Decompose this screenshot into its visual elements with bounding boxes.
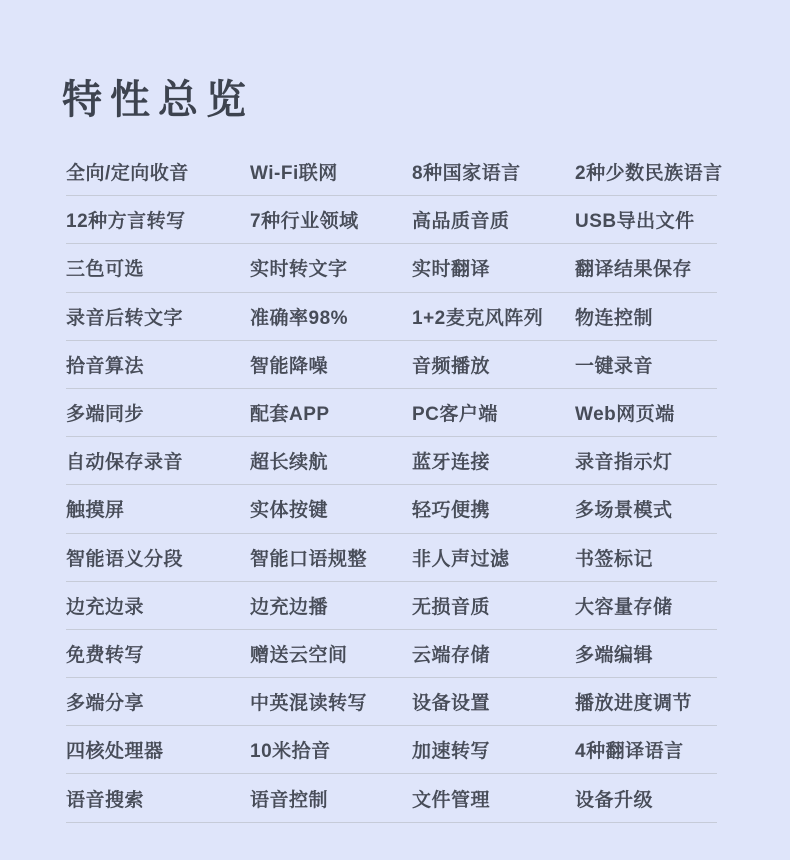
feature-item: 非人声过滤	[412, 544, 575, 571]
feature-row: 拾音算法智能降噪音频播放一键录音	[66, 341, 717, 389]
page-title: 特性总览	[62, 68, 254, 125]
feature-item: 蓝牙连接	[412, 447, 575, 474]
feature-row: 三色可选实时转文字实时翻译翻译结果保存	[66, 244, 717, 292]
feature-row: 12种方言转写7种行业领域高品质音质USB导出文件	[66, 196, 717, 244]
feature-item: 设备设置	[412, 688, 575, 715]
feature-row: 自动保存录音超长续航蓝牙连接录音指示灯	[66, 437, 717, 485]
feature-item: 无损音质	[412, 592, 575, 619]
feature-item: 书签标记	[575, 544, 717, 571]
feature-row: 多端同步配套APPPC客户端Web网页端	[66, 389, 717, 437]
feature-item: 语音控制	[250, 785, 412, 812]
feature-item: 多端分享	[66, 688, 250, 715]
feature-row: 边充边录边充边播无损音质大容量存储	[66, 582, 717, 630]
feature-item: 轻巧便携	[412, 495, 575, 522]
feature-item: 多场景模式	[575, 495, 717, 522]
feature-item: Wi-Fi联网	[250, 158, 412, 185]
feature-item: 10米拾音	[250, 736, 412, 763]
feature-item: 全向/定向收音	[66, 158, 250, 185]
feature-item: 语音搜索	[66, 785, 250, 812]
feature-item: 高品质音质	[412, 206, 575, 233]
feature-item: 多端同步	[66, 399, 250, 426]
feature-row: 录音后转文字准确率98%1+2麦克风阵列物连控制	[66, 293, 717, 341]
feature-item: 录音后转文字	[66, 303, 250, 330]
feature-item: 四核处理器	[66, 736, 250, 763]
feature-item: USB导出文件	[575, 206, 717, 233]
feature-item: 拾音算法	[66, 351, 250, 378]
feature-item: 中英混读转写	[250, 688, 412, 715]
feature-table: 全向/定向收音Wi-Fi联网8种国家语言2种少数民族语言12种方言转写7种行业领…	[66, 148, 717, 823]
feature-item: 播放进度调节	[575, 688, 717, 715]
feature-item: 赠送云空间	[250, 640, 412, 667]
feature-row: 智能语义分段智能口语规整非人声过滤书签标记	[66, 534, 717, 582]
feature-item: PC客户端	[412, 399, 575, 426]
feature-item: 2种少数民族语言	[575, 158, 723, 185]
feature-item: 加速转写	[412, 736, 575, 763]
feature-item: 文件管理	[412, 785, 575, 812]
feature-item: 配套APP	[250, 399, 412, 426]
feature-row: 全向/定向收音Wi-Fi联网8种国家语言2种少数民族语言	[66, 148, 717, 196]
feature-item: 7种行业领域	[250, 206, 412, 233]
feature-item: 音频播放	[412, 351, 575, 378]
feature-item: 智能语义分段	[66, 544, 250, 571]
feature-item: 实时翻译	[412, 254, 575, 281]
feature-item: 12种方言转写	[66, 206, 250, 233]
feature-item: 物连控制	[575, 303, 717, 330]
feature-item: 翻译结果保存	[575, 254, 717, 281]
feature-item: 智能口语规整	[250, 544, 412, 571]
feature-item: 4种翻译语言	[575, 736, 717, 763]
feature-row: 触摸屏实体按键轻巧便携多场景模式	[66, 485, 717, 533]
feature-item: 设备升级	[575, 785, 717, 812]
feature-item: 多端编辑	[575, 640, 717, 667]
feature-row: 免费转写赠送云空间云端存储多端编辑	[66, 630, 717, 678]
feature-item: 边充边录	[66, 592, 250, 619]
feature-item: 云端存储	[412, 640, 575, 667]
feature-item: 边充边播	[250, 592, 412, 619]
feature-item: 实时转文字	[250, 254, 412, 281]
feature-item: 超长续航	[250, 447, 412, 474]
feature-item: 8种国家语言	[412, 158, 575, 185]
feature-item: Web网页端	[575, 399, 717, 426]
feature-item: 实体按键	[250, 495, 412, 522]
feature-item: 一键录音	[575, 351, 717, 378]
feature-item: 准确率98%	[250, 303, 412, 330]
feature-item: 免费转写	[66, 640, 250, 667]
feature-row: 四核处理器10米拾音加速转写4种翻译语言	[66, 726, 717, 774]
feature-item: 录音指示灯	[575, 447, 717, 474]
feature-item: 三色可选	[66, 254, 250, 281]
feature-row: 语音搜索语音控制文件管理设备升级	[66, 774, 717, 822]
feature-item: 1+2麦克风阵列	[412, 303, 575, 330]
feature-item: 智能降噪	[250, 351, 412, 378]
feature-item: 自动保存录音	[66, 447, 250, 474]
feature-item: 大容量存储	[575, 592, 717, 619]
feature-row: 多端分享中英混读转写设备设置播放进度调节	[66, 678, 717, 726]
page: { "page": { "background_color": "#dfe5fa…	[0, 0, 790, 860]
feature-item: 触摸屏	[66, 495, 250, 522]
